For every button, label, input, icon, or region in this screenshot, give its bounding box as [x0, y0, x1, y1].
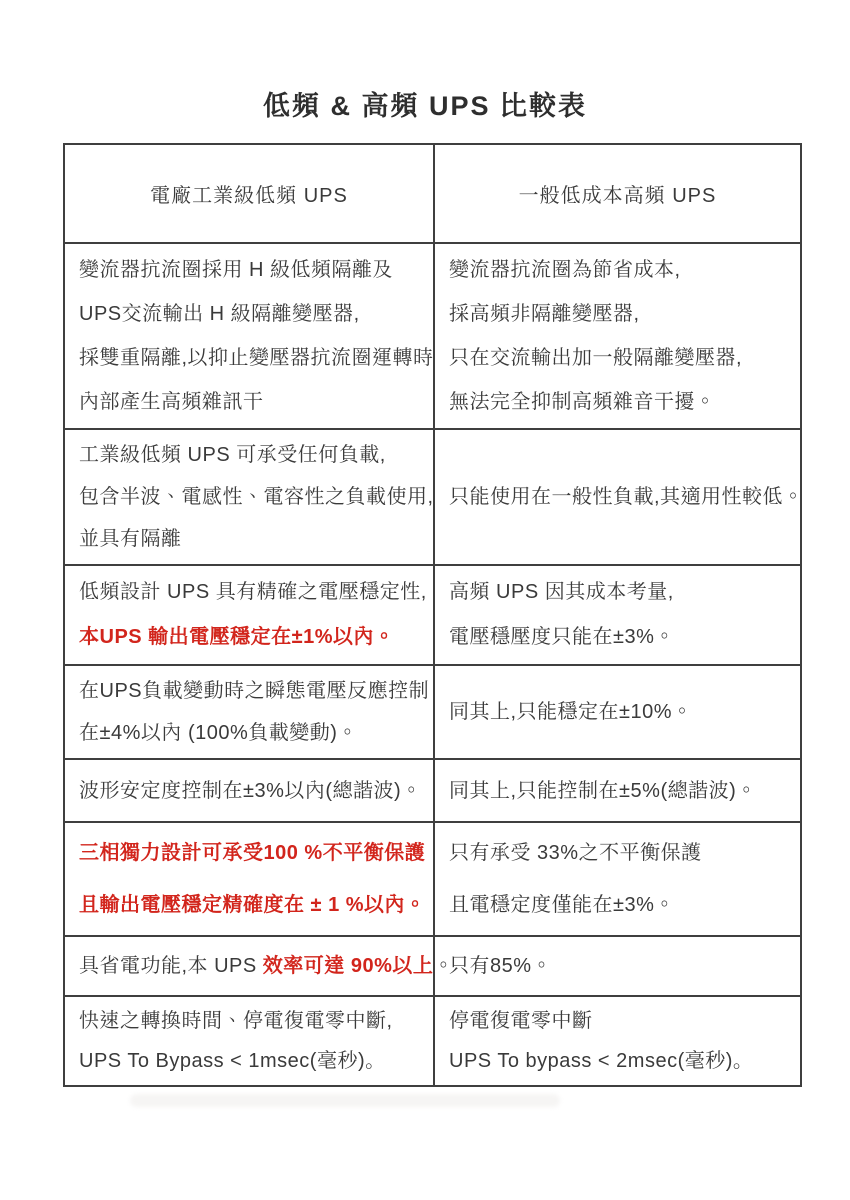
table-cell-left: 工業級低頻 UPS 可承受任何負載,包含半波、電感性、電容性之負載使用,並具有隔… — [64, 429, 434, 565]
cell-text-line: 並具有隔離 — [79, 518, 423, 560]
cell-text-line: 工業級低頻 UPS 可承受任何負載, — [79, 434, 423, 476]
cell-text-line: UPS To bypass < 2msec(毫秒)。 — [449, 1041, 790, 1081]
cell-text-line: 只在交流輸出加一般隔離變壓器, — [449, 336, 790, 380]
table-cell-right: 只能使用在一般性負載,其適用性較低。 — [434, 429, 801, 565]
table-row: 在UPS負載變動時之瞬態電壓反應控制在±4%以內 (100%負載變動)。同其上,… — [64, 665, 801, 759]
page-title: 低頻 & 高頻 UPS 比較表 — [0, 84, 850, 123]
column-header-high-frequency-ups: 一般低成本高頻 UPS — [434, 144, 801, 243]
ups-comparison-table: 電廠工業級低頻 UPS 一般低成本高頻 UPS 變流器抗流圈採用 H 級低頻隔離… — [63, 143, 802, 1087]
cell-text-line: 包含半波、電感性、電容性之負載使用, — [79, 476, 423, 518]
cell-text-line: 在UPS負載變動時之瞬態電壓反應控制 — [79, 670, 423, 712]
table-cell-right: 只有85%。 — [434, 936, 801, 996]
table-cell-left: 波形安定度控制在±3%以內(總諧波)。 — [64, 759, 434, 822]
table-cell-left: 具省電功能,本 UPS 效率可達 90%以上。 — [64, 936, 434, 996]
cell-text-line: 且輸出電壓穩定精確度在 ± 1 %以內。 — [79, 879, 423, 931]
cell-text-line: 且電穩定度僅能在±3%。 — [449, 879, 790, 931]
table-row: 波形安定度控制在±3%以內(總諧波)。同其上,只能控制在±5%(總諧波)。 — [64, 759, 801, 822]
table-row: 變流器抗流圈採用 H 級低頻隔離及UPS交流輸出 H 級隔離變壓器,採雙重隔離,… — [64, 243, 801, 429]
table-header-row: 電廠工業級低頻 UPS 一般低成本高頻 UPS — [64, 144, 801, 243]
table-row: 三相獨力設計可承受100 %不平衡保護且輸出電壓穩定精確度在 ± 1 %以內。只… — [64, 822, 801, 936]
table-cell-right: 同其上,只能控制在±5%(總諧波)。 — [434, 759, 801, 822]
cell-text-line: 內部產生高頻雜訊干 — [79, 380, 423, 424]
cell-text-line: 無法完全抑制高頻雜音干擾。 — [449, 380, 790, 424]
comparison-table-body: 變流器抗流圈採用 H 級低頻隔離及UPS交流輸出 H 級隔離變壓器,採雙重隔離,… — [64, 243, 801, 1086]
table-cell-left: 三相獨力設計可承受100 %不平衡保護且輸出電壓穩定精確度在 ± 1 %以內。 — [64, 822, 434, 936]
table-cell-right: 同其上,只能穩定在±10%。 — [434, 665, 801, 759]
table-cell-right: 變流器抗流圈為節省成本,採高頻非隔離變壓器,只在交流輸出加一般隔離變壓器,無法完… — [434, 243, 801, 429]
table-cell-left: 變流器抗流圈採用 H 級低頻隔離及UPS交流輸出 H 級隔離變壓器,採雙重隔離,… — [64, 243, 434, 429]
scan-smudge-artifact — [130, 1094, 560, 1107]
cell-text-line: 同其上,只能控制在±5%(總諧波)。 — [449, 777, 790, 805]
table-cell-left: 快速之轉換時間、停電復電零中斷,UPS To Bypass < 1msec(毫秒… — [64, 996, 434, 1086]
cell-text-line: 在±4%以內 (100%負載變動)。 — [79, 712, 423, 754]
table-row: 具省電功能,本 UPS 效率可達 90%以上。只有85%。 — [64, 936, 801, 996]
cell-text-line: 同其上,只能穩定在±10%。 — [449, 691, 790, 733]
table-cell-right: 高頻 UPS 因其成本考量,電壓穩壓度只能在±3%。 — [434, 565, 801, 665]
table-row: 快速之轉換時間、停電復電零中斷,UPS To Bypass < 1msec(毫秒… — [64, 996, 801, 1086]
cell-text-line: 電壓穩壓度只能在±3%。 — [449, 615, 790, 660]
cell-text-line: 只有承受 33%之不平衡保護 — [449, 827, 790, 879]
cell-text-line: 只能使用在一般性負載,其適用性較低。 — [449, 476, 790, 518]
cell-text-line: 只有85%。 — [449, 952, 790, 980]
cell-text-line: 本UPS 輸出電壓穩定在±1%以內。 — [79, 615, 423, 660]
table-cell-right: 停電復電零中斷UPS To bypass < 2msec(毫秒)。 — [434, 996, 801, 1086]
cell-text-line: UPS To Bypass < 1msec(毫秒)。 — [79, 1041, 423, 1081]
cell-text-line: 三相獨力設計可承受100 %不平衡保護 — [79, 827, 423, 879]
cell-text-line: 變流器抗流圈為節省成本, — [449, 248, 790, 292]
cell-text-line: UPS交流輸出 H 級隔離變壓器, — [79, 292, 423, 336]
cell-text-line: 採雙重隔離,以抑止變壓器抗流圈運轉時 — [79, 336, 423, 380]
cell-text-line: 採高頻非隔離變壓器, — [449, 292, 790, 336]
cell-text-line: 變流器抗流圈採用 H 級低頻隔離及 — [79, 248, 423, 292]
column-header-low-frequency-ups: 電廠工業級低頻 UPS — [64, 144, 434, 243]
cell-text-line: 高頻 UPS 因其成本考量, — [449, 570, 790, 615]
cell-text-line: 停電復電零中斷 — [449, 1001, 790, 1041]
cell-text-line: 低頻設計 UPS 具有精確之電壓穩定性, — [79, 570, 423, 615]
table-cell-left: 在UPS負載變動時之瞬態電壓反應控制在±4%以內 (100%負載變動)。 — [64, 665, 434, 759]
table-row: 低頻設計 UPS 具有精確之電壓穩定性,本UPS 輸出電壓穩定在±1%以內。高頻… — [64, 565, 801, 665]
scanned-document-page: { "page": { "title": "低頻 & 高頻 UPS 比較表" }… — [0, 0, 850, 1200]
table-cell-left: 低頻設計 UPS 具有精確之電壓穩定性,本UPS 輸出電壓穩定在±1%以內。 — [64, 565, 434, 665]
table-cell-right: 只有承受 33%之不平衡保護且電穩定度僅能在±3%。 — [434, 822, 801, 936]
table-row: 工業級低頻 UPS 可承受任何負載,包含半波、電感性、電容性之負載使用,並具有隔… — [64, 429, 801, 565]
cell-text-line: 具省電功能,本 UPS 效率可達 90%以上。 — [79, 952, 423, 980]
cell-text-line: 波形安定度控制在±3%以內(總諧波)。 — [79, 777, 423, 805]
cell-text-line: 快速之轉換時間、停電復電零中斷, — [79, 1001, 423, 1041]
